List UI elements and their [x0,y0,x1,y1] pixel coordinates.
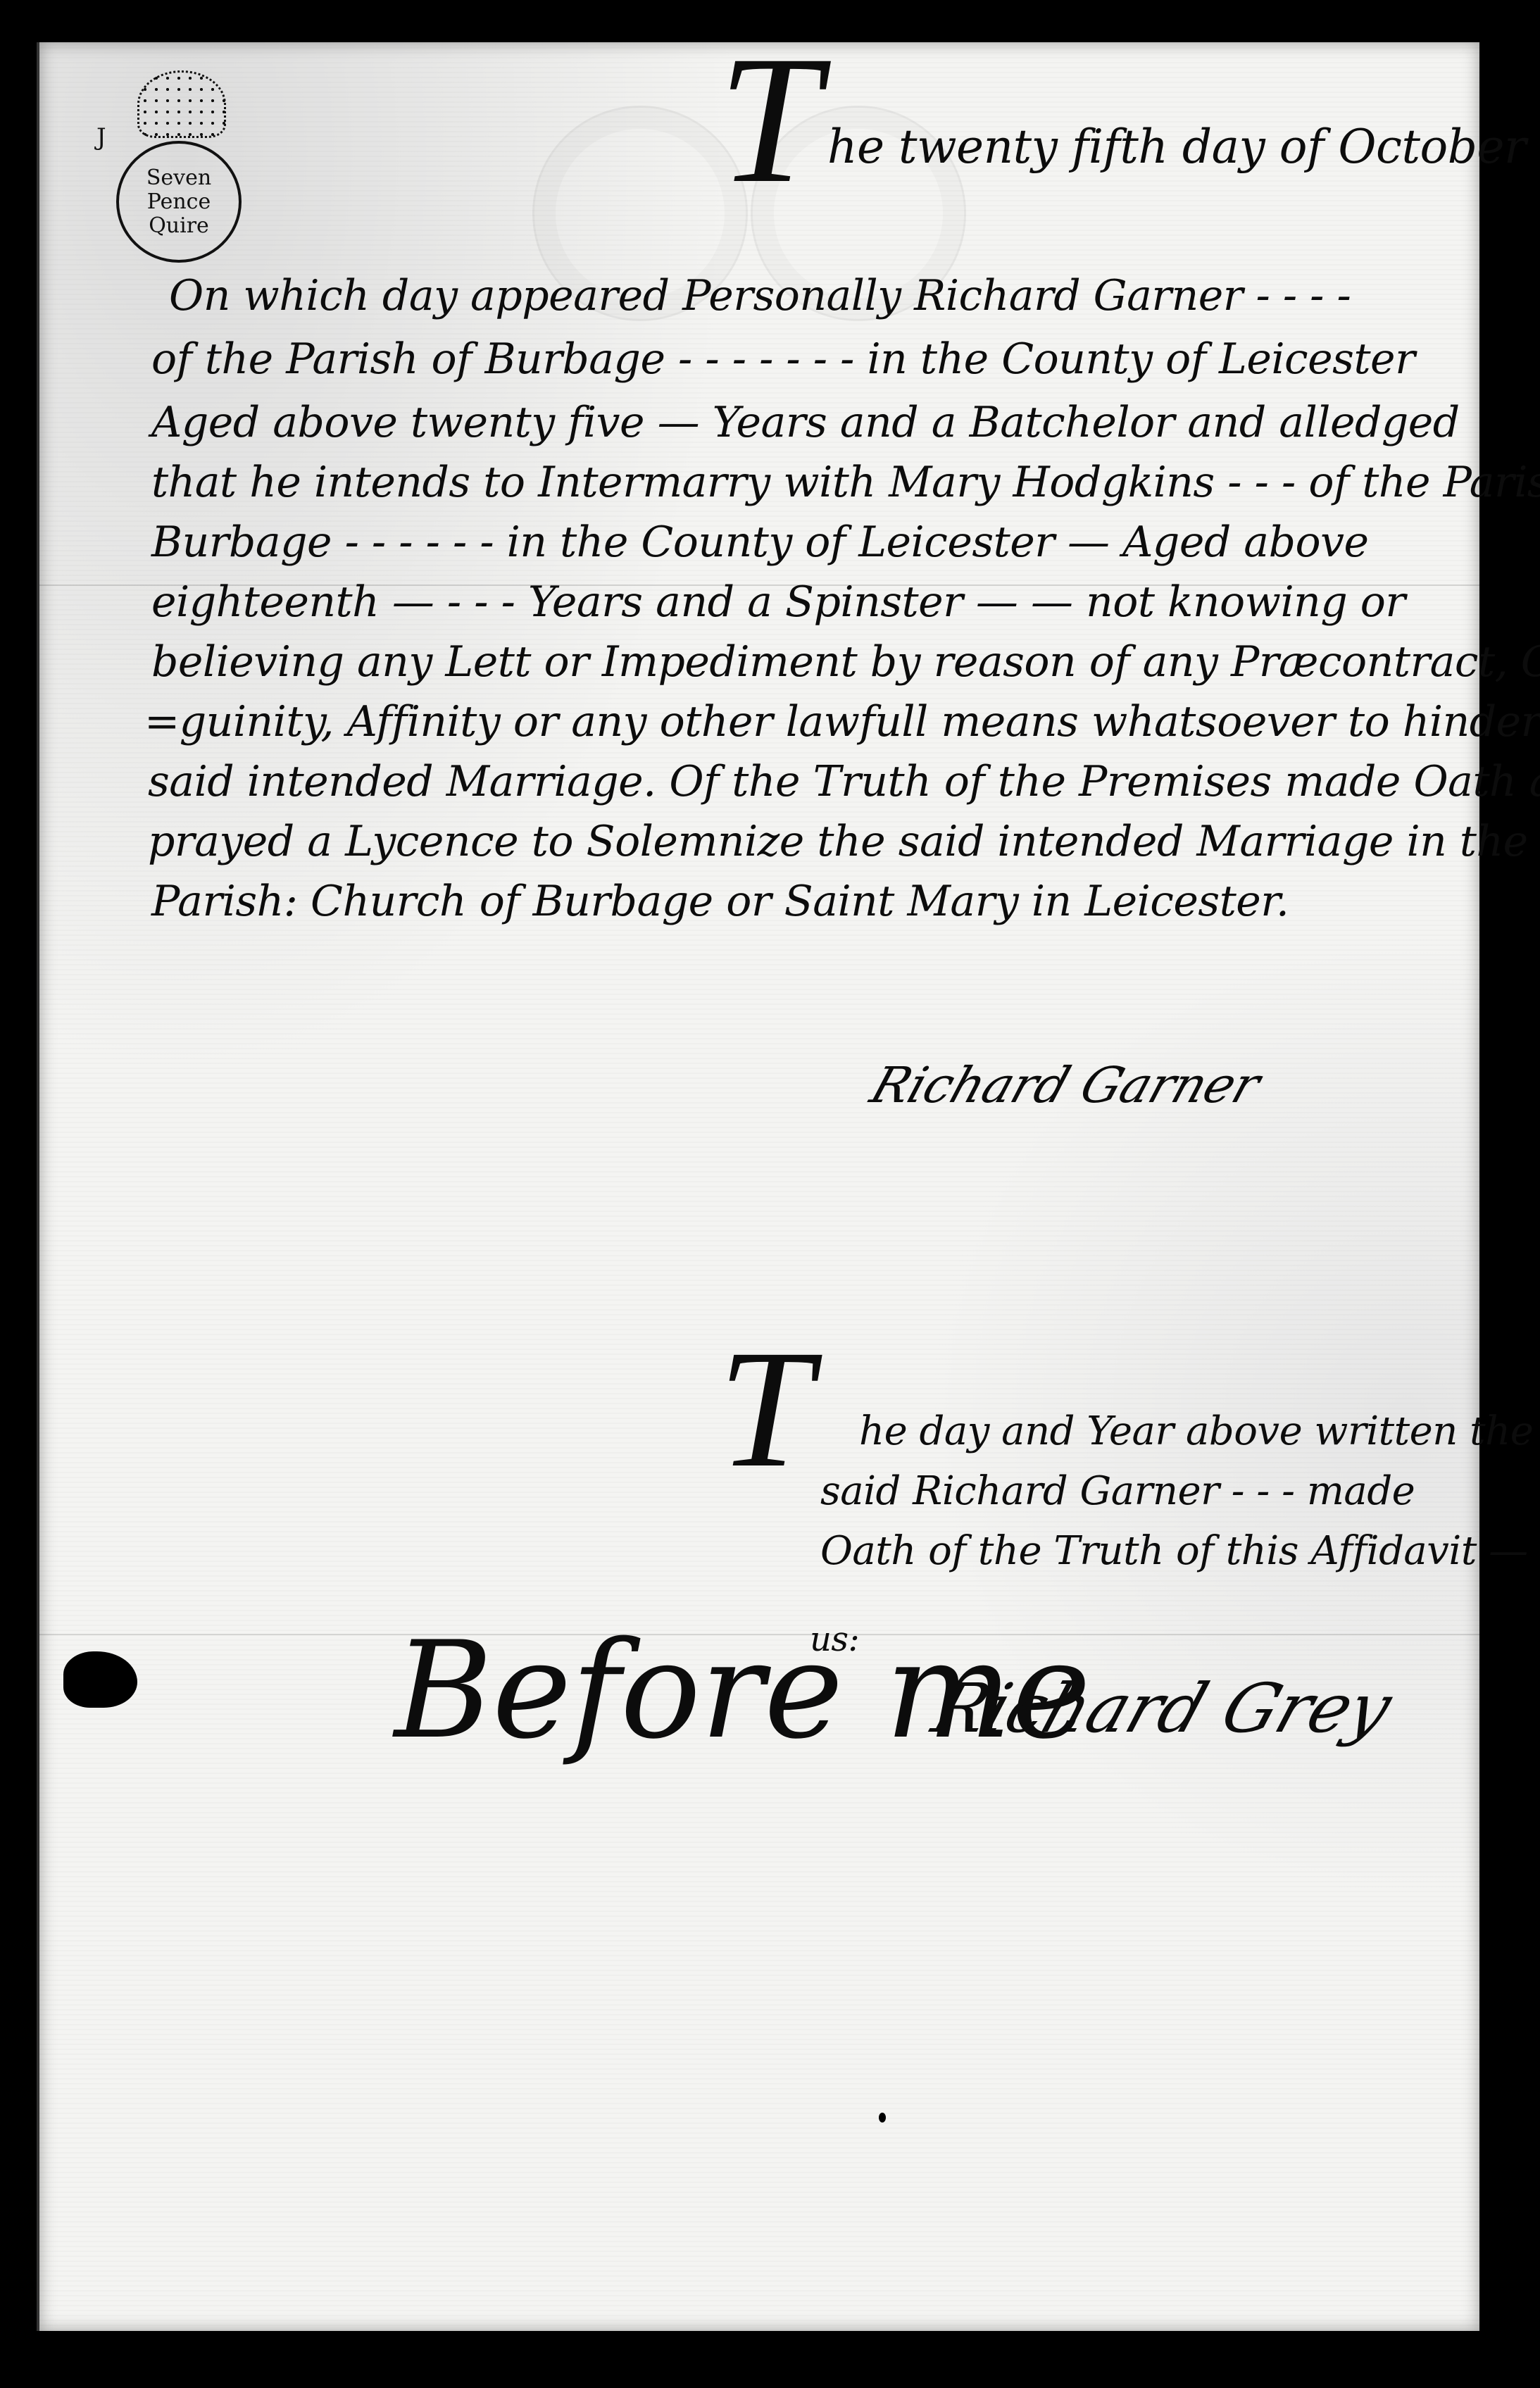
jurat-line: Oath of the Truth of this Affidavit — [820,1528,1528,1574]
stamp-line: Pence [147,190,211,214]
body-line: Burbage - - - - - - in the County of Lei… [151,518,1369,567]
body-line: eighteenth — - - - Years and a Spinster … [151,577,1406,627]
body-line: prayed a Lycence to Solemnize the said i… [148,817,1540,866]
stamp-oval: Seven Pence Quire [116,141,242,263]
body-line: of the Parish of Burbage - - - - - - - i… [151,335,1415,384]
ink-speck [879,2113,886,2123]
decorative-initial: T [718,28,820,211]
surrogate-signature: Richard Grey [924,1669,1401,1748]
crown-icon [137,70,226,138]
document-page [37,42,1479,2331]
body-line: believing any Lett or Impediment by reas… [151,637,1540,687]
jurat-line: said Richard Garner - - - made [820,1468,1415,1514]
body-line: =guinity, Affinity or any other lawfull … [144,697,1540,746]
body-line: that he intends to Intermarry with Mary … [151,458,1540,507]
decorative-initial: T [718,1324,812,1493]
surrogate-abbrev: us: [810,1620,859,1659]
jurat-line: he day and Year above written the [859,1408,1533,1454]
body-line: Aged above twenty five — Years and a Bat… [151,398,1460,447]
stamp-line: Seven [146,166,211,190]
stamp-mark: J [96,123,106,151]
body-line: Parish: Church of Burbage or Saint Mary … [151,877,1289,926]
body-line: said intended Marriage. Of the Truth of … [148,757,1540,806]
stamp-line: Quire [149,214,209,238]
body-line: On which day appeared Personally Richard… [169,271,1351,320]
date-line: he twenty fifth day of October 1752 [827,120,1540,174]
groom-signature: Richard Garner [864,1056,1267,1114]
revenue-stamp: J Seven Pence Quire [116,70,243,261]
